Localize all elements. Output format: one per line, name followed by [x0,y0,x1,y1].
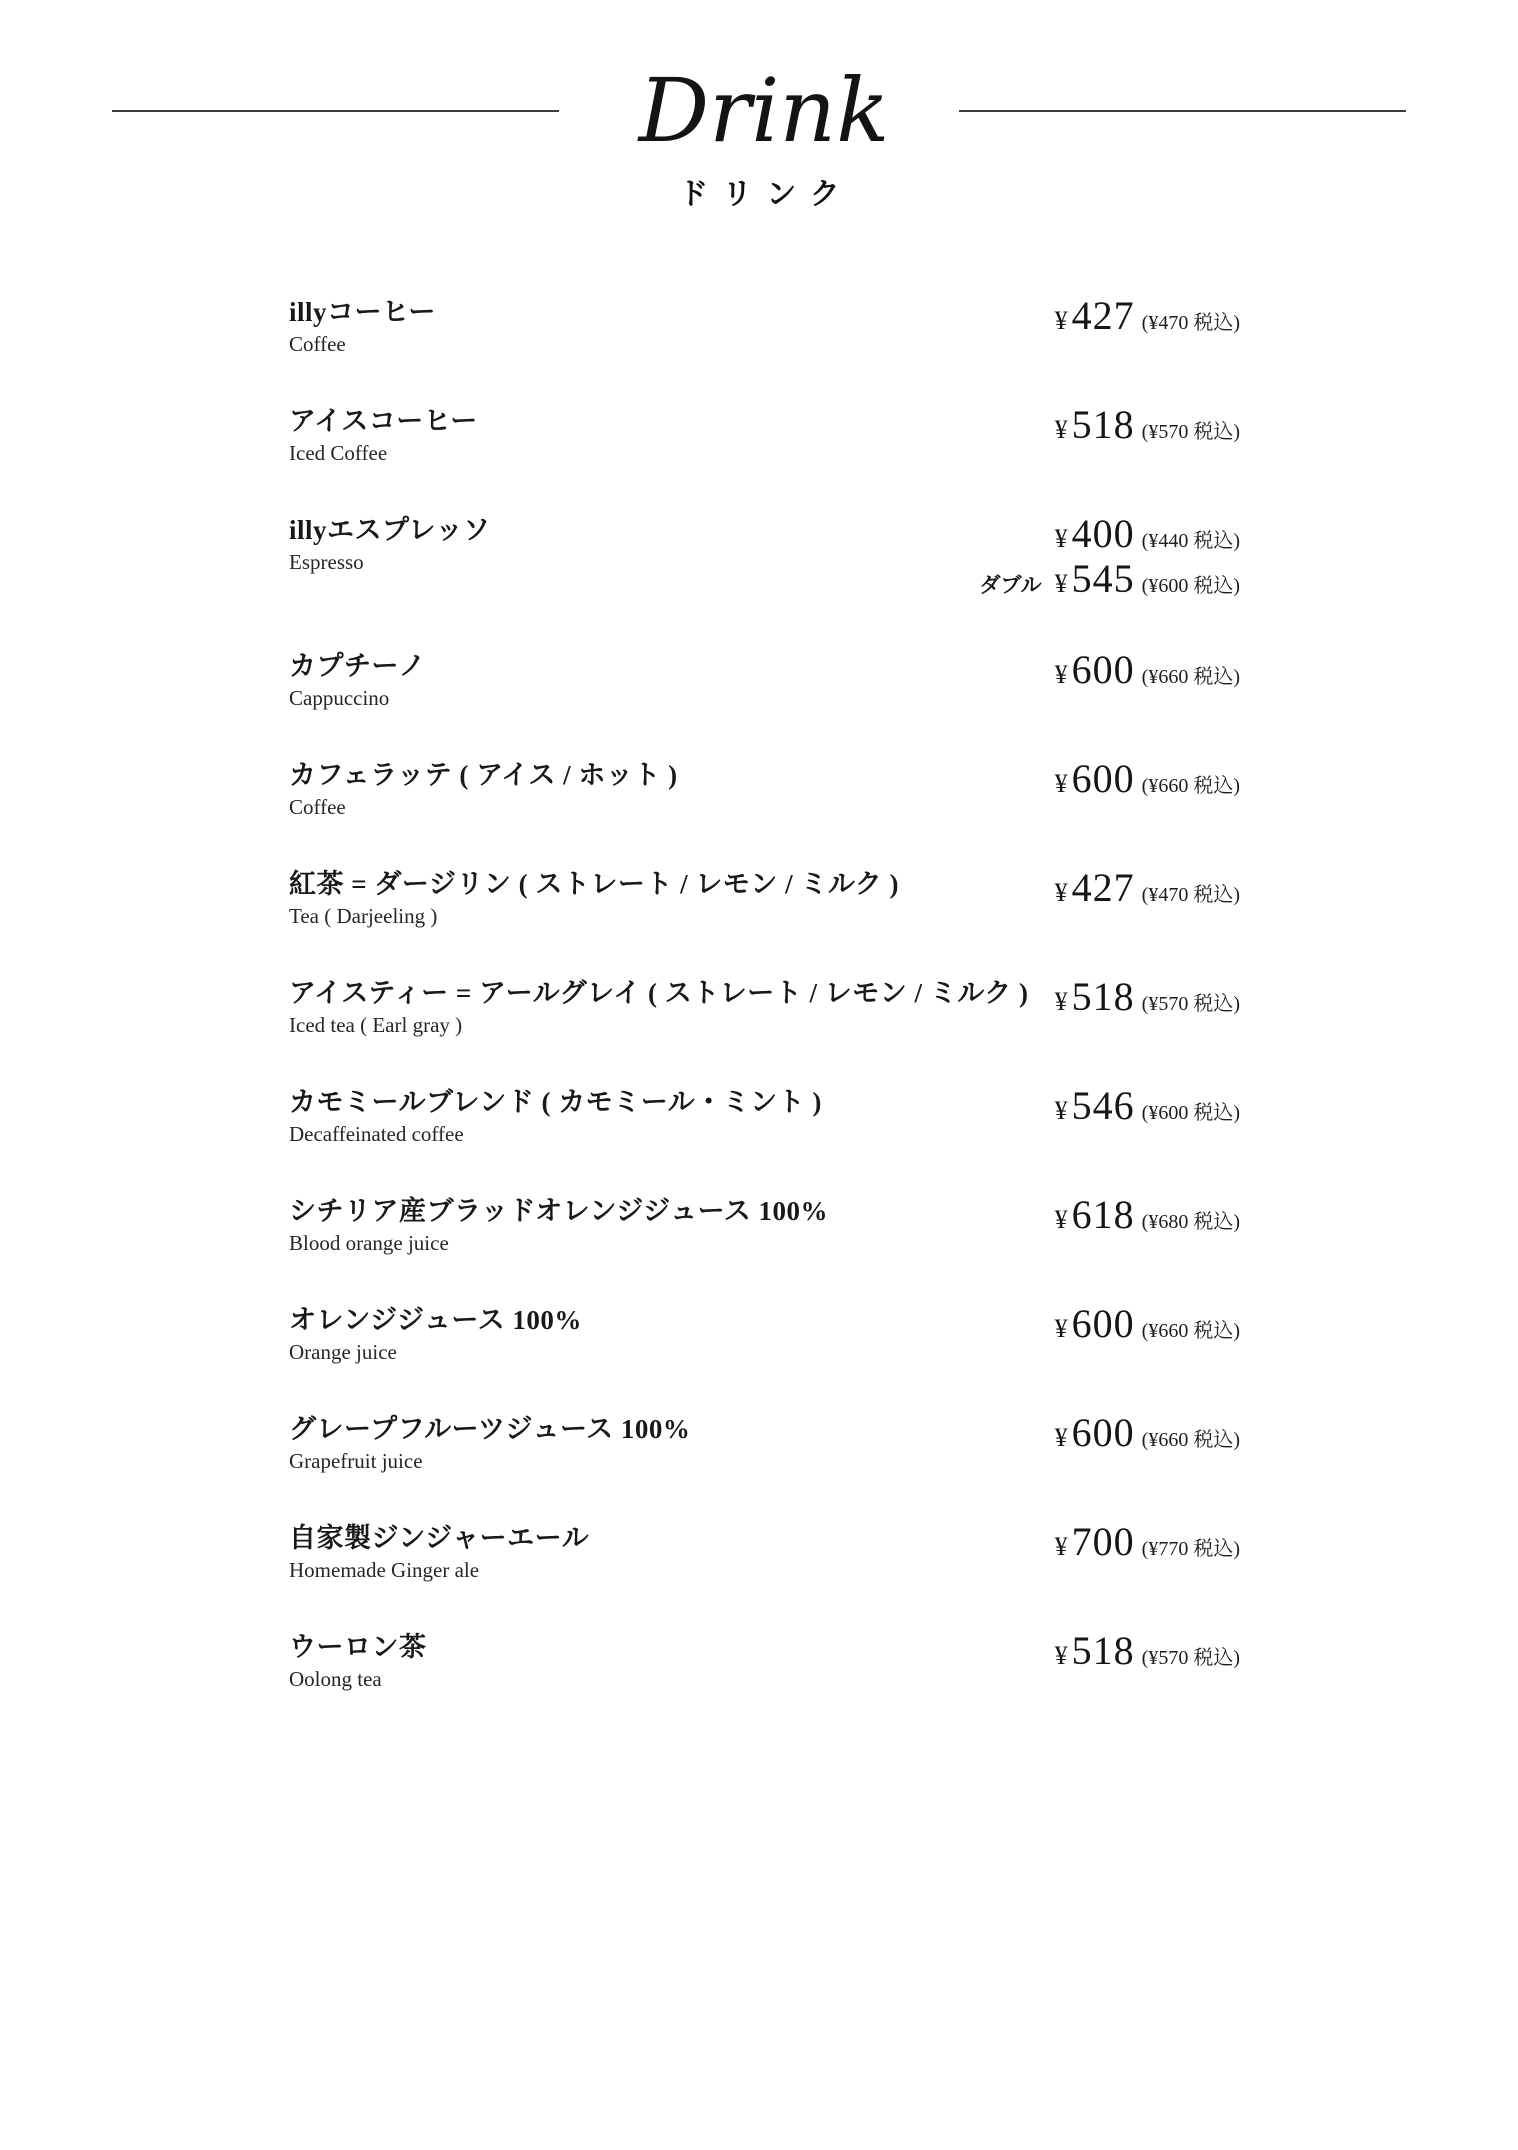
tax-included-price: (¥660 税込) [1142,1320,1240,1342]
yen-sign: ¥ [1055,1205,1068,1234]
menu-item: グレープフルーツジュース 100% Grapefruit juice ¥ 600… [289,1412,1240,1475]
price-line: ダブル ¥ 545 (¥600 税込) [980,558,1241,600]
menu-item: カモミールブレンド ( カモミール・ミント ) Decaffeinated co… [289,1085,1240,1148]
tax-included-price: (¥600 税込) [1142,575,1240,597]
item-name: グレープフルーツジュース 100% [289,1412,1031,1448]
price-line: ¥ 600 (¥660 税込) [1055,1412,1240,1454]
menu-item: 紅茶 = ダージリン ( ストレート / レモン / ミルク ) Tea ( D… [289,867,1240,930]
item-names: カモミールブレンド ( カモミール・ミント ) Decaffeinated co… [289,1085,1055,1148]
price-amount: 427 [1072,293,1135,338]
menu-item: ウーロン茶 Oolong tea ¥ 518 (¥570 税込) [289,1630,1240,1693]
item-names: グレープフルーツジュース 100% Grapefruit juice [289,1412,1055,1475]
item-prices: ¥ 427 (¥470 税込) [1055,295,1240,340]
item-name: 紅茶 = ダージリン ( ストレート / レモン / ミルク ) [289,867,1031,903]
item-prices: ¥ 400 (¥440 税込) ダブル ¥ 545 (¥600 税込) [980,513,1241,603]
price-amount: 618 [1072,1192,1135,1237]
price-line: ¥ 400 (¥440 税込) [980,513,1241,555]
price-amount: 518 [1072,1628,1135,1673]
item-name: illyエスプレッソ [289,513,956,549]
menu-item: オレンジジュース 100% Orange juice ¥ 600 (¥660 税… [289,1303,1240,1366]
menu-item: カフェラッテ ( アイス / ホット ) Coffee ¥ 600 (¥660 … [289,758,1240,821]
price-line: ¥ 518 (¥570 税込) [1055,976,1240,1018]
yen-sign: ¥ [1055,524,1068,553]
menu-header: Drink ドリンク [0,0,1518,213]
item-english-name: Grapefruit juice [289,1448,1031,1475]
item-names: シチリア産ブラッドオレンジジュース 100% Blood orange juic… [289,1194,1055,1257]
item-name: カフェラッテ ( アイス / ホット ) [289,758,1031,794]
yen-sign: ¥ [1055,306,1068,335]
price-line: ¥ 600 (¥660 税込) [1055,1303,1240,1345]
tax-included-price: (¥680 税込) [1142,1211,1240,1233]
menu-list: illyコーヒー Coffee ¥ 427 (¥470 税込) アイスコーヒー … [289,295,1240,1693]
yen-sign: ¥ [1055,1423,1068,1452]
item-english-name: Espresso [289,549,956,576]
price-line: ¥ 427 (¥470 税込) [1055,295,1240,337]
price-line: ¥ 518 (¥570 税込) [1055,1630,1240,1672]
item-name: 自家製ジンジャーエール [289,1521,1031,1557]
price-amount: 600 [1072,647,1135,692]
item-english-name: Iced Coffee [289,440,1031,467]
item-prices: ¥ 600 (¥660 税込) [1055,1303,1240,1348]
yen-sign: ¥ [1055,1096,1068,1125]
yen-sign: ¥ [1055,878,1068,907]
menu-item: 自家製ジンジャーエール Homemade Ginger ale ¥ 700 (¥… [289,1521,1240,1584]
yen-sign: ¥ [1055,769,1068,798]
item-name: アイスティー = アールグレイ ( ストレート / レモン / ミルク ) [289,976,1031,1012]
menu-item: アイスコーヒー Iced Coffee ¥ 518 (¥570 税込) [289,404,1240,467]
divider-line-right [959,110,1406,112]
tax-included-price: (¥570 税込) [1142,421,1240,443]
yen-sign: ¥ [1055,660,1068,689]
tax-included-price: (¥570 税込) [1142,993,1240,1015]
item-names: アイスコーヒー Iced Coffee [289,404,1055,467]
yen-sign: ¥ [1055,1641,1068,1670]
item-english-name: Decaffeinated coffee [289,1121,1031,1148]
item-prices: ¥ 546 (¥600 税込) [1055,1085,1240,1130]
item-english-name: Iced tea ( Earl gray ) [289,1012,1031,1039]
item-prices: ¥ 427 (¥470 税込) [1055,867,1240,912]
price-amount: 545 [1072,556,1135,601]
tax-included-price: (¥470 税込) [1142,884,1240,906]
yen-sign: ¥ [1055,415,1068,444]
item-prices: ¥ 700 (¥770 税込) [1055,1521,1240,1566]
tax-included-price: (¥440 税込) [1142,530,1240,552]
item-names: illyコーヒー Coffee [289,295,1055,358]
tax-included-price: (¥660 税込) [1142,1429,1240,1451]
tax-included-price: (¥600 税込) [1142,1102,1240,1124]
tax-included-price: (¥570 税込) [1142,1647,1240,1669]
item-names: カプチーノ Cappuccino [289,649,1055,712]
price-line: ¥ 600 (¥660 税込) [1055,758,1240,800]
divider-line-left [112,110,559,112]
item-english-name: Coffee [289,794,1031,821]
yen-sign: ¥ [1055,569,1068,598]
item-english-name: Homemade Ginger ale [289,1557,1031,1584]
menu-item: カプチーノ Cappuccino ¥ 600 (¥660 税込) [289,649,1240,712]
price-amount: 700 [1072,1519,1135,1564]
item-name: アイスコーヒー [289,404,1031,440]
price-amount: 518 [1072,974,1135,1019]
price-line: ¥ 700 (¥770 税込) [1055,1521,1240,1563]
item-names: オレンジジュース 100% Orange juice [289,1303,1055,1366]
item-names: アイスティー = アールグレイ ( ストレート / レモン / ミルク ) Ic… [289,976,1055,1039]
menu-item: illyエスプレッソ Espresso ¥ 400 (¥440 税込) ダブル … [289,513,1240,603]
price-amount: 427 [1072,865,1135,910]
item-english-name: Cappuccino [289,685,1031,712]
price-amount: 400 [1072,511,1135,556]
tax-included-price: (¥470 税込) [1142,312,1240,334]
tax-included-price: (¥660 税込) [1142,775,1240,797]
price-amount: 600 [1072,1301,1135,1346]
item-names: カフェラッテ ( アイス / ホット ) Coffee [289,758,1055,821]
item-prices: ¥ 518 (¥570 税込) [1055,976,1240,1021]
page-subtitle: ドリンク [0,169,1518,213]
menu-item: シチリア産ブラッドオレンジジュース 100% Blood orange juic… [289,1194,1240,1257]
item-prices: ¥ 518 (¥570 税込) [1055,404,1240,449]
price-line: ¥ 618 (¥680 税込) [1055,1194,1240,1236]
item-name: illyコーヒー [289,295,1031,331]
tax-included-price: (¥770 税込) [1142,1538,1240,1560]
item-prices: ¥ 600 (¥660 税込) [1055,649,1240,694]
price-amount: 600 [1072,1410,1135,1455]
price-amount: 518 [1072,402,1135,447]
item-prices: ¥ 618 (¥680 税込) [1055,1194,1240,1239]
item-name: オレンジジュース 100% [289,1303,1031,1339]
price-amount: 546 [1072,1083,1135,1128]
price-line: ¥ 518 (¥570 税込) [1055,404,1240,446]
item-names: 紅茶 = ダージリン ( ストレート / レモン / ミルク ) Tea ( D… [289,867,1055,930]
item-english-name: Tea ( Darjeeling ) [289,903,1031,930]
menu-item: アイスティー = アールグレイ ( ストレート / レモン / ミルク ) Ic… [289,976,1240,1039]
item-name: シチリア産ブラッドオレンジジュース 100% [289,1194,1031,1230]
item-english-name: Blood orange juice [289,1230,1031,1257]
item-names: ウーロン茶 Oolong tea [289,1630,1055,1693]
item-name: ウーロン茶 [289,1630,1031,1666]
item-prices: ¥ 600 (¥660 税込) [1055,1412,1240,1457]
item-english-name: Orange juice [289,1339,1031,1366]
price-line: ¥ 427 (¥470 税込) [1055,867,1240,909]
item-english-name: Coffee [289,331,1031,358]
item-name: カプチーノ [289,649,1031,685]
menu-item: illyコーヒー Coffee ¥ 427 (¥470 税込) [289,295,1240,358]
item-prices: ¥ 518 (¥570 税込) [1055,1630,1240,1675]
price-line: ¥ 600 (¥660 税込) [1055,649,1240,691]
price-amount: 600 [1072,756,1135,801]
yen-sign: ¥ [1055,1532,1068,1561]
page-title: Drink [631,60,898,161]
price-line: ¥ 546 (¥600 税込) [1055,1085,1240,1127]
item-names: illyエスプレッソ Espresso [289,513,980,576]
item-names: 自家製ジンジャーエール Homemade Ginger ale [289,1521,1055,1584]
title-row: Drink [0,60,1518,161]
yen-sign: ¥ [1055,987,1068,1016]
tax-included-price: (¥660 税込) [1142,666,1240,688]
item-name: カモミールブレンド ( カモミール・ミント ) [289,1085,1031,1121]
yen-sign: ¥ [1055,1314,1068,1343]
price-variant-label: ダブル [980,573,1042,597]
item-prices: ¥ 600 (¥660 税込) [1055,758,1240,803]
item-english-name: Oolong tea [289,1666,1031,1693]
